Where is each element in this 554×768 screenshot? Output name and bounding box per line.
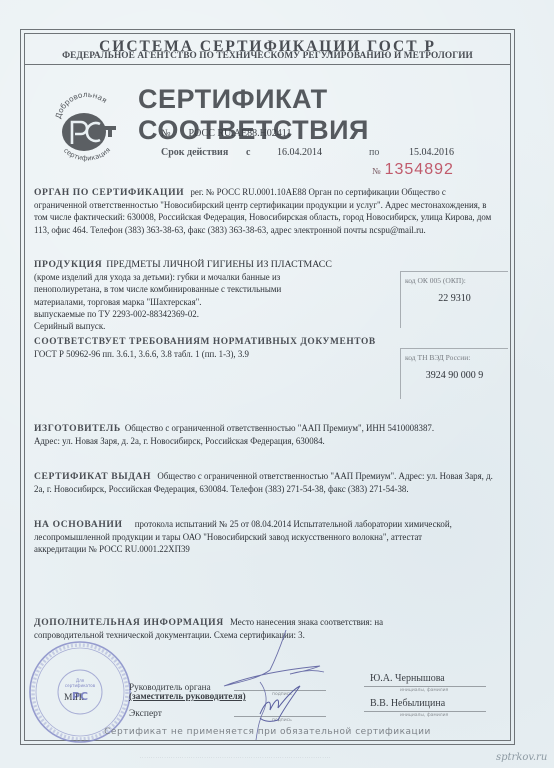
product-line: материалами, торговая марка "Шахтерская"…	[34, 296, 394, 308]
additional-info-label: ДОПОЛНИТЕЛЬНАЯ ИНФОРМАЦИЯ	[34, 617, 224, 628]
product-section: ПРОДУКЦИЯПРЕДМЕТЫ ЛИЧНОЙ ГИГИЕНЫ ИЗ ПЛАС…	[34, 258, 394, 332]
certificate-number-row: № РОСС RU.АЕ88.Н02411	[161, 128, 291, 139]
basis-section: НА ОСНОВАНИИ протокола испытаний № 25 от…	[34, 518, 474, 556]
validity-label: Срок действия	[161, 147, 228, 158]
serial-label: №	[372, 166, 381, 176]
number-label: №	[161, 128, 186, 139]
product-label: ПРОДУКЦИЯ	[34, 259, 102, 270]
rst-logo-icon: Добровольная сертификация	[50, 92, 122, 164]
manufacturer-section: ИЗГОТОВИТЕЛЬОбщество с ограниченной отве…	[34, 422, 474, 447]
form-serial-number: № 1354892	[372, 161, 454, 179]
expert-name-caption: инициалы, фамилия	[400, 713, 448, 718]
agency-name: ФЕДЕРАЛЬНОЕ АГЕНТСТВО ПО ТЕХНИЧЕСКОМУ РЕ…	[24, 51, 511, 61]
manufacturer-text: Общество с ограниченной ответственностью…	[125, 423, 434, 433]
print-info: · · · · · · · · · · · · · · · · · · · · …	[140, 756, 430, 760]
footer-note: Сертификат не применяется при обязательн…	[24, 727, 511, 737]
basis-label: НА ОСНОВАНИИ	[34, 519, 123, 530]
head-name-caption: инициалы, фамилия	[400, 688, 448, 693]
compliance-text: ГОСТ Р 50962-96 пп. 3.6.1, 3.6.6, 3.8 та…	[34, 348, 400, 360]
head-name: Ю.А. Чернышова	[370, 673, 445, 684]
certificate-number: РОСС RU.АЕ88.Н02411	[189, 128, 292, 139]
valid-from: 16.04.2014	[277, 147, 322, 158]
tnved-label: код ТН ВЭД России:	[405, 353, 508, 362]
header-divider	[24, 64, 511, 65]
tnved-code-box: код ТН ВЭД России: 3924 90 000 9	[400, 348, 508, 399]
product-line: выпускаемые по ТУ 2293-002-88342369-02.	[34, 308, 394, 320]
certification-body-section: ОРГАН ПО СЕРТИФИКАЦИИ рег. № РОСС RU.000…	[34, 186, 500, 236]
svg-text:сертификатов: сертификатов	[65, 683, 96, 688]
validity-row: Срок действия с 16.04.2014 по 15.04.2016	[161, 147, 481, 161]
okp-value: 22 9310	[401, 293, 508, 304]
compliance-label: СООТВЕТСТВУЕТ ТРЕБОВАНИЯМ НОРМАТИВНЫХ ДО…	[34, 336, 396, 348]
product-line: (кроме изделий для ухода за детьми): губ…	[34, 271, 394, 283]
expert-label: Эксперт	[129, 709, 162, 719]
expert-name: В.В. Небылицина	[370, 698, 445, 709]
watermark: sptrkov.ru	[496, 752, 547, 763]
compliance-section: СООТВЕТСТВУЕТ ТРЕБОВАНИЯМ НОРМАТИВНЫХ ДО…	[34, 336, 400, 360]
manufacturer-address: Адрес: ул. Новая Заря, д. 2а, г. Новосиб…	[34, 435, 474, 447]
okp-label: код ОК 005 (ОКП):	[405, 276, 508, 285]
handwritten-signature-icon	[220, 630, 360, 740]
product-line: пенополиуретана, в том числе комбинирова…	[34, 283, 394, 295]
stamp-placeholder-label: М.П.	[64, 693, 84, 703]
to-label: по	[369, 147, 379, 158]
certification-body-label: ОРГАН ПО СЕРТИФИКАЦИИ	[34, 187, 184, 198]
expert-name-line	[364, 711, 486, 712]
from-label: с	[246, 147, 250, 158]
product-line: Серийный выпуск.	[34, 320, 394, 332]
head-name-line	[364, 686, 486, 687]
serial-value: 1354892	[385, 161, 454, 178]
issued-to-label: СЕРТИФИКАТ ВЫДАН	[34, 471, 151, 482]
manufacturer-label: ИЗГОТОВИТЕЛЬ	[34, 423, 121, 434]
okp-code-box: код ОК 005 (ОКП): 22 9310	[400, 271, 508, 328]
valid-to: 15.04.2016	[409, 147, 454, 158]
tnved-value: 3924 90 000 9	[401, 370, 508, 381]
product-title: ПРЕДМЕТЫ ЛИЧНОЙ ГИГИЕНЫ ИЗ ПЛАСТМАСС	[106, 259, 332, 270]
issued-to-section: СЕРТИФИКАТ ВЫДАН Общество с ограниченной…	[34, 470, 494, 495]
